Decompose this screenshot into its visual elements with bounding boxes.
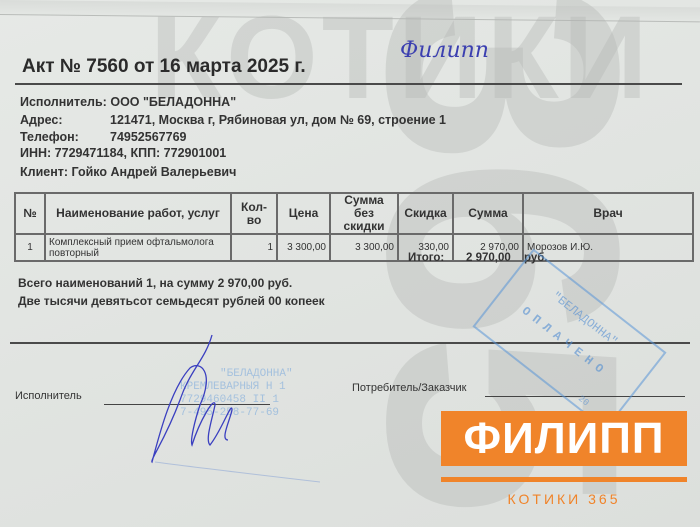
- col-price: Цена: [277, 193, 330, 234]
- address-line: Адрес:121471, Москва г, Рябиновая ул, до…: [20, 113, 446, 127]
- brand-subtitle: КОТИКИ 365: [441, 491, 687, 507]
- cell-doctor: Морозов И.Ю.: [523, 234, 693, 261]
- company-stamp: "БЕЛАДОННА" КРЕМЛЕВАРНЫЯ Н 1 7729460458 …: [180, 368, 293, 420]
- cell-sum-without-discount: 3 300,00: [330, 234, 398, 261]
- total-value: 2 970,00: [466, 252, 511, 264]
- services-table: № Наименование работ, услуг Кол-во Цена …: [14, 192, 694, 262]
- phone-label: Телефон:: [20, 130, 110, 144]
- col-sum-without-discount: Сумма без скидки: [330, 193, 398, 234]
- table-header-row: № Наименование работ, услуг Кол-во Цена …: [15, 193, 693, 234]
- title-divider: [15, 83, 682, 85]
- col-doctor: Врач: [523, 193, 693, 234]
- col-service-name: Наименование работ, услуг: [45, 193, 231, 234]
- company-stamp-line: "БЕЛАДОННА": [180, 368, 293, 381]
- col-quantity: Кол-во: [231, 193, 277, 234]
- cell-quantity: 1: [231, 234, 277, 261]
- cell-price: 3 300,00: [277, 234, 330, 261]
- cell-service-name: Комплексный прием офтальмолога повторный: [45, 234, 231, 261]
- col-discount: Скидка: [398, 193, 453, 234]
- phone-value: 74952567769: [110, 130, 186, 144]
- total-label: Итого:: [408, 252, 444, 264]
- cell-number: 1: [15, 234, 45, 261]
- document-title: Акт № 7560 от 16 марта 2025 г.: [22, 56, 306, 78]
- handwritten-note: Филипп: [400, 38, 489, 63]
- executor-value: ООО "БЕЛАДОННА": [110, 95, 236, 109]
- customer-signature-label: Потребитель/Заказчик: [352, 382, 466, 394]
- col-sum: Сумма: [453, 193, 523, 234]
- address-value: 121471, Москва г, Рябиновая ул, дом № 69…: [110, 113, 446, 127]
- summary-words: Две тысячи девятьсот семьдесят рублей 00…: [18, 294, 325, 308]
- company-stamp-line: 7729460458 II 1: [180, 394, 293, 407]
- col-number: №: [15, 193, 45, 234]
- phone-line: Телефон:74952567769: [20, 130, 186, 144]
- table-row: 1 Комплексный прием офтальмолога повторн…: [15, 234, 693, 261]
- executor-label: Исполнитель:: [20, 95, 107, 109]
- tax-ids: ИНН: 7729471184, КПП: 772901001: [20, 146, 226, 160]
- paper-edge: [0, 0, 700, 22]
- executor-signature-label: Исполнитель: [15, 390, 82, 402]
- summary-count: Всего наименований 1, на сумму 2 970,00 …: [18, 276, 292, 290]
- company-stamp-line: 7-495-258-77-69: [180, 407, 293, 420]
- brand-logo: ФИЛИПП: [441, 411, 687, 466]
- executor-line: Исполнитель: ООО "БЕЛАДОННА": [20, 95, 236, 109]
- address-label: Адрес:: [20, 113, 110, 127]
- brand-underline: [441, 477, 687, 482]
- company-stamp-line: КРЕМЛЕВАРНЫЯ Н 1: [180, 381, 293, 394]
- client-line: Клиент: Гойко Андрей Валерьевич: [20, 165, 236, 179]
